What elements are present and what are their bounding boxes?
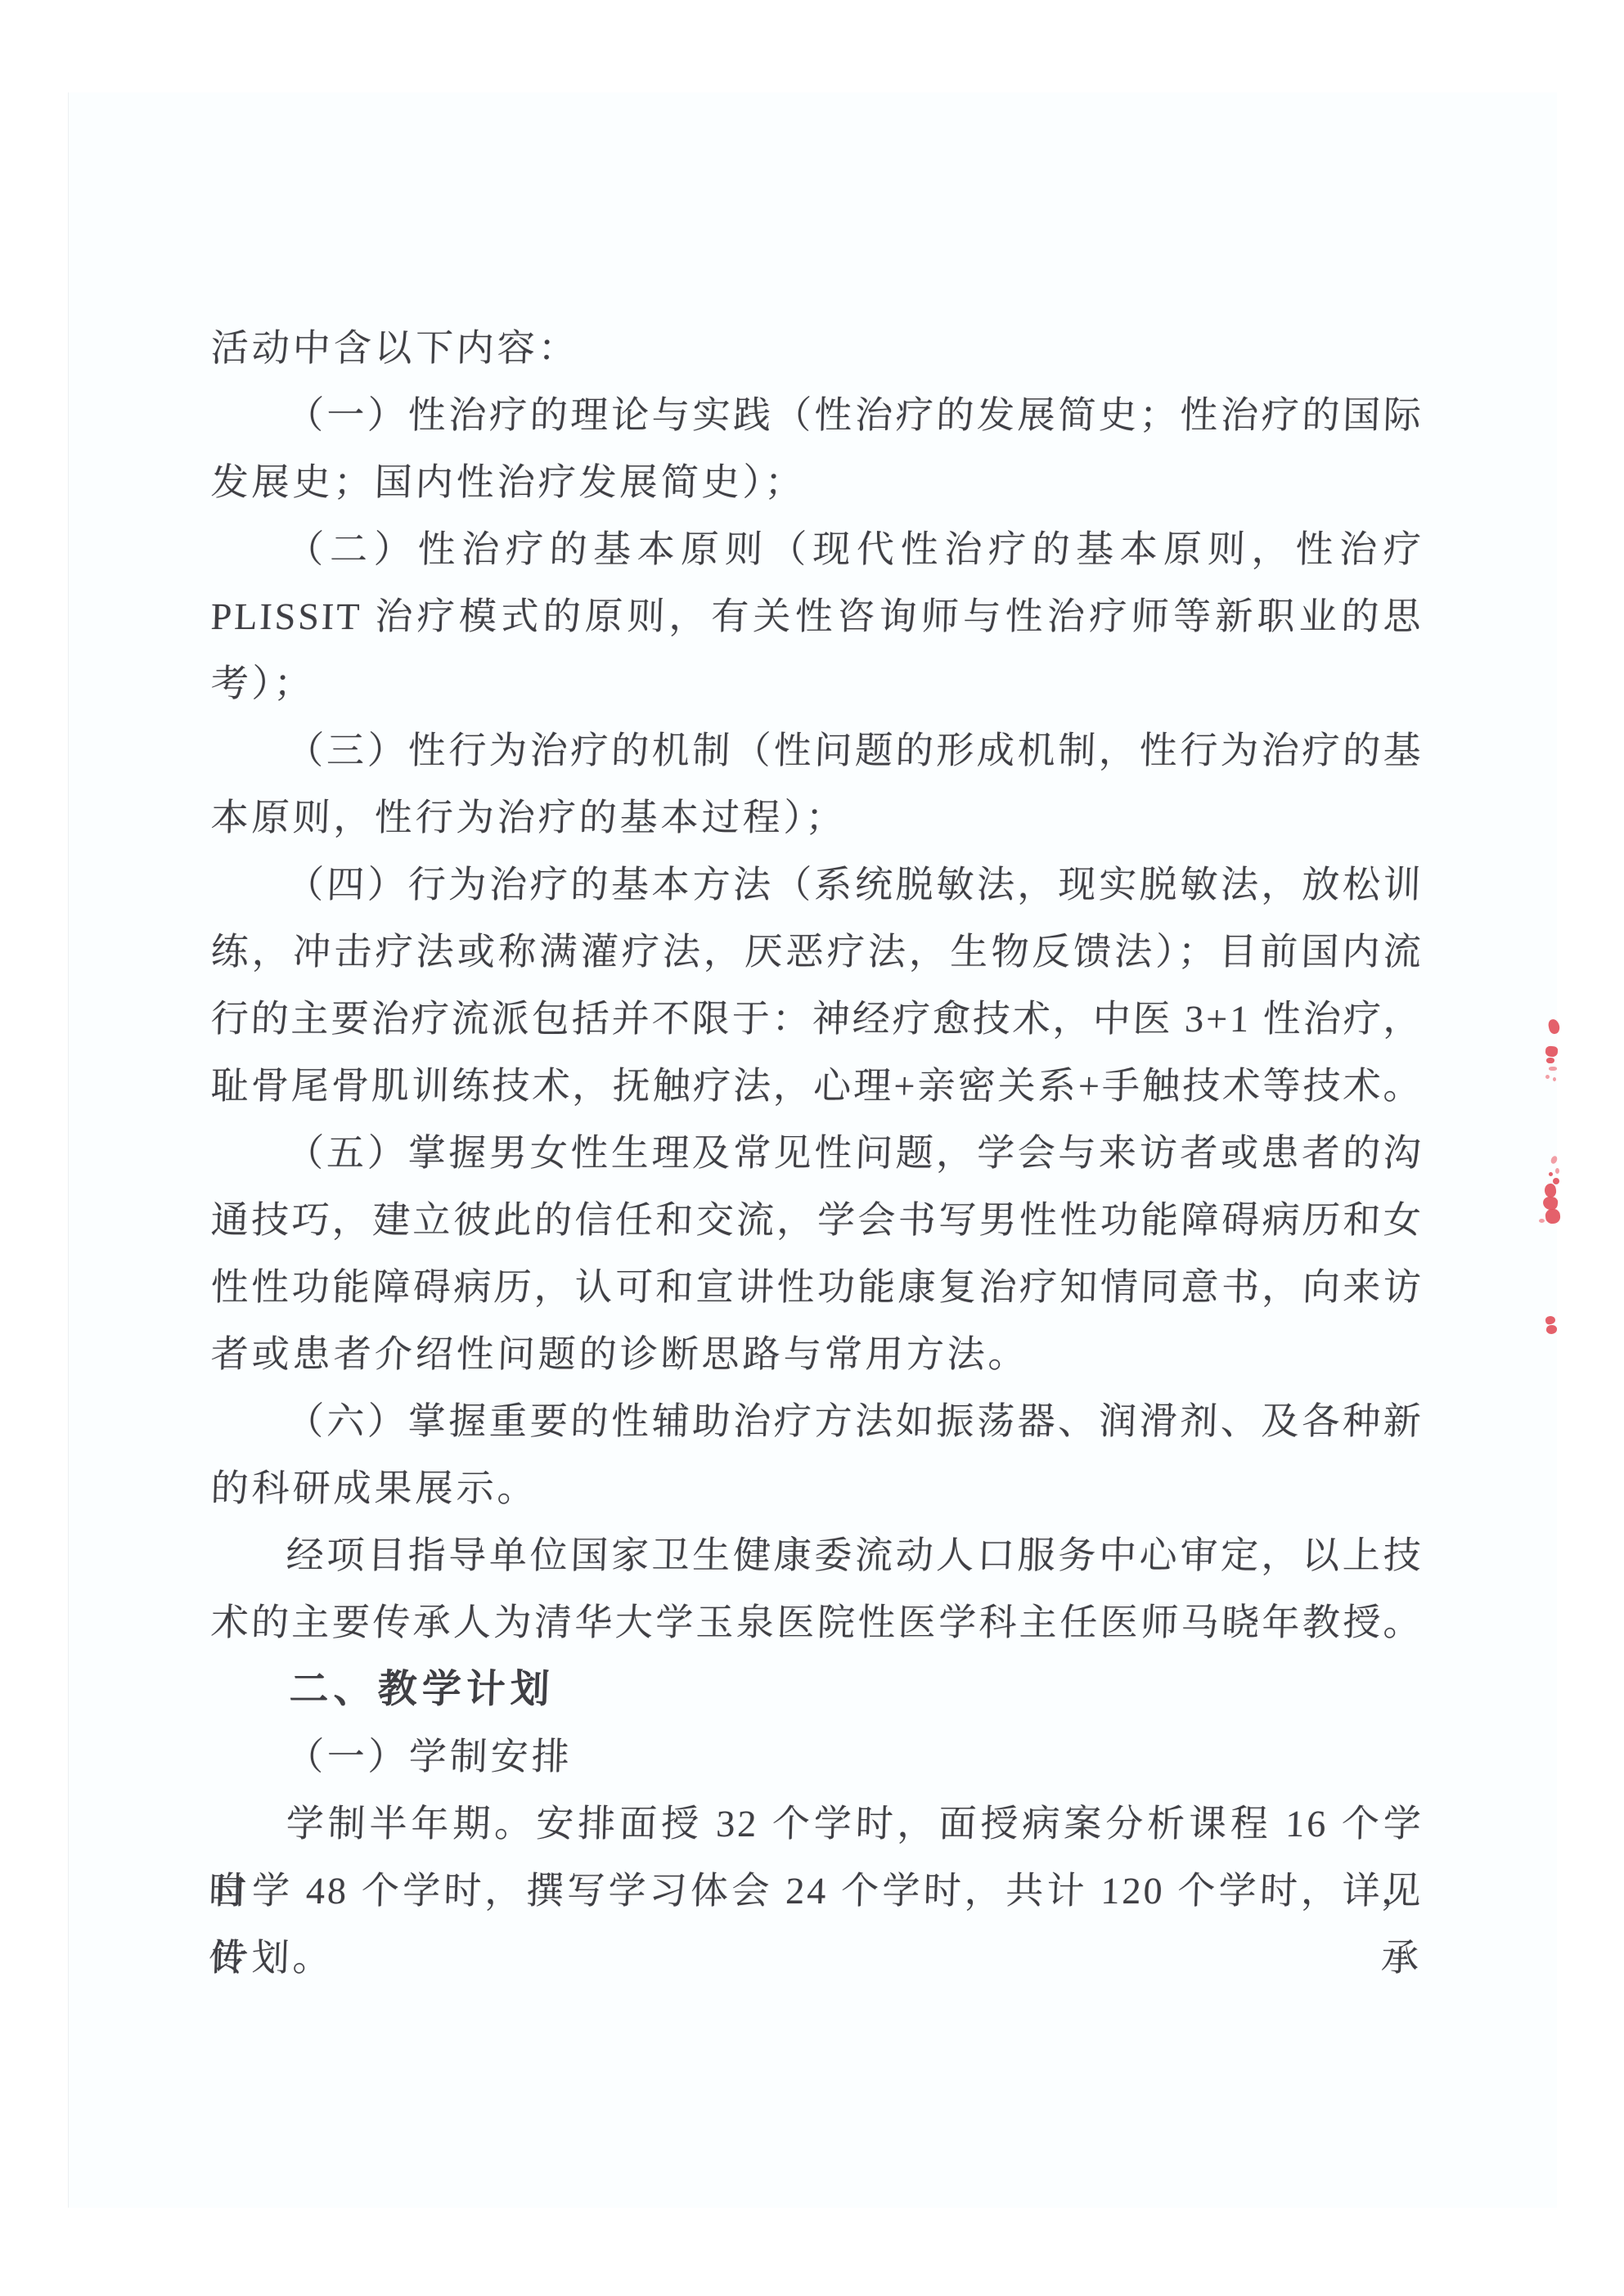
text-line-6: 考）； <box>209 650 1424 717</box>
red-stamp-mark <box>1545 1324 1557 1334</box>
text-line-15: 性性功能障碍病历，认可和宣讲性功能康复治疗知情同意书，向来访 <box>209 1254 1424 1321</box>
scanned-document-page: 活动中含以下内容：（一）性治疗的理论与实践（性治疗的发展简史；性治疗的国际发展史… <box>0 0 1624 2296</box>
red-stamp-mark <box>1553 1077 1556 1081</box>
text-line-24: 自学 48 个学时，撰写学习体会 24 个学时，共计 120 个学时，详见传承 <box>209 1858 1424 1925</box>
text-line-1: 活动中含以下内容： <box>209 315 1424 382</box>
red-stamp-mark <box>1549 1067 1557 1071</box>
red-stamp-mark <box>1544 1183 1558 1198</box>
red-stamp-mark <box>1549 1172 1553 1176</box>
text-line-14: 通技巧，建立彼此的信任和交流，学会书写男性性功能障碍病历和女 <box>209 1187 1424 1254</box>
text-line-20: 术的主要传承人为清华大学玉泉医院性医学科主任医师马晓年教授。 <box>209 1589 1424 1656</box>
text-line-10: 练，冲击疗法或称满灌疗法，厌恶疗法，生物反馈法）；目前国内流 <box>209 919 1424 986</box>
text-line-9: （四）行为治疗的基本方法（系统脱敏法，现实脱敏法，放松训 <box>209 851 1424 919</box>
red-stamp-mark <box>1545 1045 1558 1057</box>
text-line-7: （三）性行为治疗的机制（性问题的形成机制，性行为治疗的基 <box>209 717 1424 784</box>
text-line-8: 本原则，性行为治疗的基本过程）； <box>209 784 1424 851</box>
text-line-12: 耻骨尾骨肌训练技术，抚触疗法，心理+亲密关系+手触技术等技术。 <box>209 1053 1424 1120</box>
red-stamp-mark <box>1542 1196 1559 1211</box>
red-stamp-mark <box>1545 1208 1561 1224</box>
text-line-11: 行的主要治疗流派包括并不限于：神经疗愈技术，中医 3+1 性治疗， <box>209 986 1424 1053</box>
red-stamp-mark <box>1555 1168 1559 1174</box>
document-body: 活动中含以下内容：（一）性治疗的理论与实践（性治疗的发展简史；性治疗的国际发展史… <box>212 315 1424 1992</box>
text-line-21: 二、教学计划 <box>209 1656 1424 1723</box>
text-line-3: 发展史；国内性治疗发展简史）； <box>209 449 1424 516</box>
red-stamp-mark <box>1545 1075 1550 1079</box>
red-stamp-mark <box>1539 1219 1545 1223</box>
text-line-13: （五）掌握男女性生理及常见性问题，学会与来访者或患者的沟 <box>209 1120 1424 1187</box>
red-stamp-mark <box>1545 1315 1556 1325</box>
red-stamp-mark <box>1546 1058 1554 1063</box>
red-stamp-mark <box>1550 1155 1559 1165</box>
text-line-17: （六）掌握重要的性辅助治疗方法如振荡器、润滑剂、及各种新 <box>209 1388 1424 1455</box>
text-line-19: 经项目指导单位国家卫生健康委流动人口服务中心审定，以上技 <box>209 1522 1424 1589</box>
text-line-25: 计划。 <box>209 1925 1424 1992</box>
red-stamp-mark <box>1553 1178 1559 1184</box>
text-line-22: （一）学制安排 <box>209 1723 1424 1791</box>
paper-sheet: 活动中含以下内容：（一）性治疗的理论与实践（性治疗的发展简史；性治疗的国际发展史… <box>68 92 1557 2208</box>
text-line-5: PLISSIT 治疗模式的原则，有关性咨询师与性治疗师等新职业的思 <box>209 583 1424 650</box>
text-line-18: 的科研成果展示。 <box>209 1455 1424 1522</box>
text-line-23: 学制半年期。安排面授 32 个学时，面授病案分析课程 16 个学时， <box>209 1791 1424 1858</box>
text-line-2: （一）性治疗的理论与实践（性治疗的发展简史；性治疗的国际 <box>209 382 1424 449</box>
text-line-4: （二）性治疗的基本原则（现代性治疗的基本原则，性治疗 <box>209 516 1424 583</box>
text-line-16: 者或患者介绍性问题的诊断思路与常用方法。 <box>209 1321 1424 1388</box>
red-stamp-mark <box>1547 1018 1560 1035</box>
